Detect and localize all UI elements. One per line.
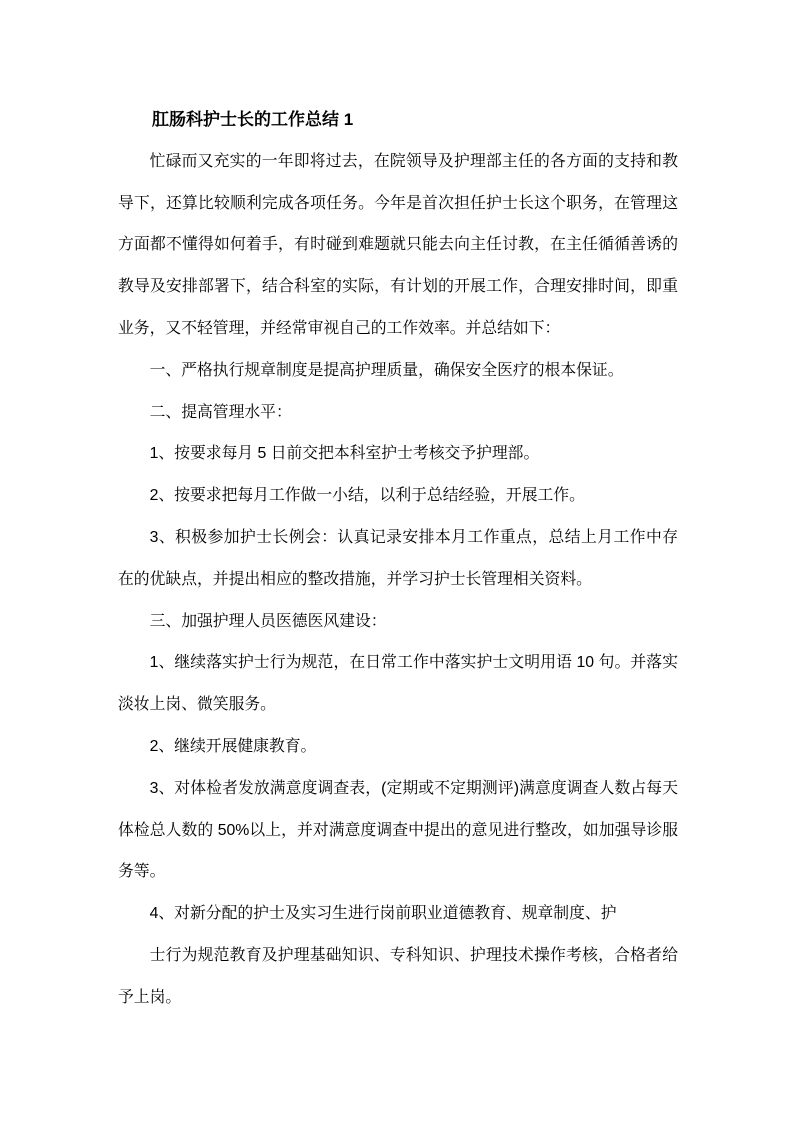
paragraph-item-2-2: 2、按要求把每月工作做一小结，以利于总结经验，开展工作。 — [118, 475, 678, 517]
paragraph-section-3: 三、加强护理人员医德医风建设： — [118, 601, 678, 643]
paragraph-intro: 忙碌而又充实的一年即将过去，在院领导及护理部主任的各方面的支持和教导下，还算比较… — [118, 141, 678, 350]
paragraph-item-3-1: 1、继续落实护士行为规范，在日常工作中落实护士文明用语 10 句。并落实淡妆上岗… — [118, 642, 678, 726]
paragraph-item-3-3: 3、对体检者发放满意度调查表，(定期或不定期测评)满意度调查人数占每天体检总人数… — [118, 768, 678, 893]
paragraph-item-3-4: 4、对新分配的护士及实习生进行岗前职业道德教育、规章制度、护 — [118, 893, 678, 935]
document-page: 肛肠科护士长的工作总结 1 忙碌而又充实的一年即将过去，在院领导及护理部主任的各… — [0, 0, 793, 1122]
paragraph-item-2-1: 1、按要求每月 5 日前交把本科室护士考核交予护理部。 — [118, 433, 678, 475]
paragraph-item-3-4-cont: 士行为规范教育及护理基础知识、专科知识、护理技术操作考核，合格者给予上岗。 — [118, 935, 678, 1019]
document-title: 肛肠科护士长的工作总结 1 — [118, 99, 678, 141]
paragraph-section-1: 一、严格执行规章制度是提高护理质量，确保安全医疗的根本保证。 — [118, 350, 678, 392]
paragraph-item-3-2: 2、继续开展健康教育。 — [118, 726, 678, 768]
paragraph-section-2: 二、提高管理水平： — [118, 392, 678, 434]
paragraph-item-2-3: 3、积极参加护士长例会：认真记录安排本月工作重点，总结上月工作中存在的优缺点，并… — [118, 517, 678, 601]
